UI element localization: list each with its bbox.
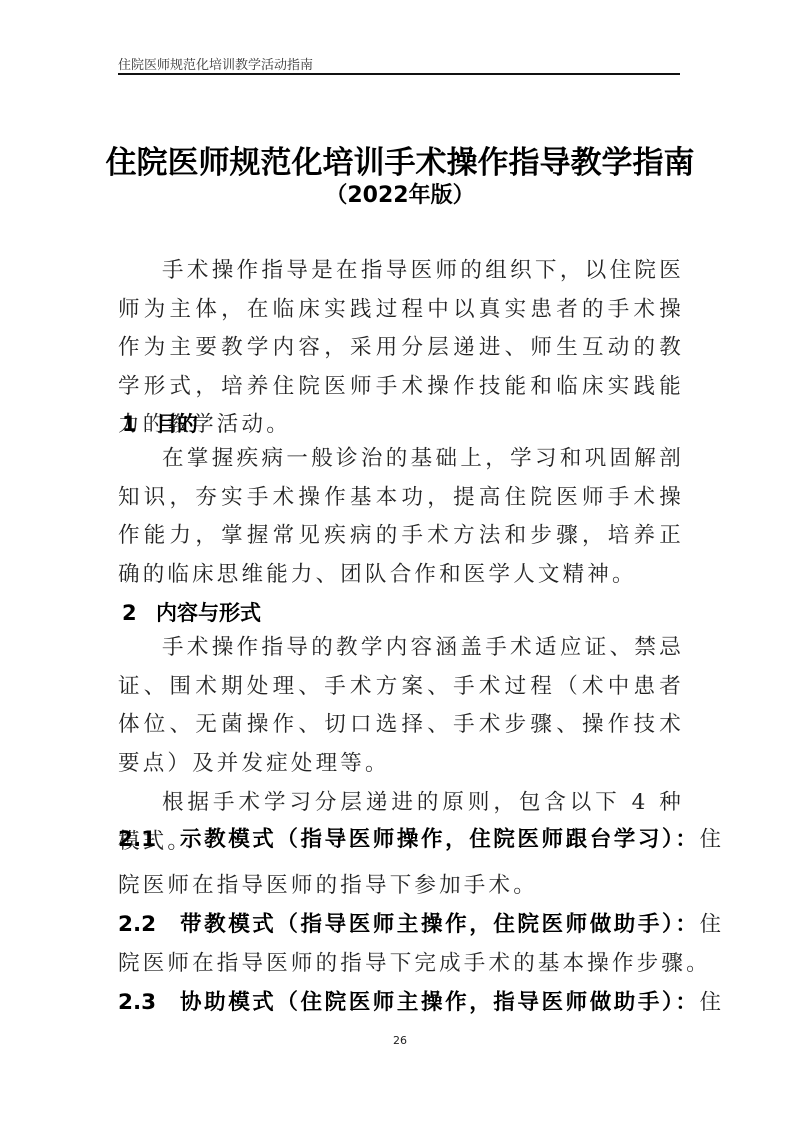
document-title: 住院医师规范化培训手术操作指导教学指南 [0,137,800,182]
subsection-title: 带教模式（指导医师主操作，住院医师做助手）： [180,912,699,937]
section-title: 目的 [156,412,198,436]
subsection-title: 协助模式（住院医师主操作，指导医师做助手）： [180,990,699,1015]
subsection-2-3-heading: 2.3协助模式（住院医师主操作，指导医师做助手）：住 [118,985,684,1016]
subsection-2-1-heading: 2.1示教模式（指导医师操作，住院医师跟台学习）：住 [118,822,684,853]
subsection-lead: 住 [699,990,723,1015]
section-number: 2 [122,601,156,625]
section-1-paragraph: 在掌握疾病一般诊治的基础上，学习和巩固解剖知识，夯实手术操作基本功，提高住院医师… [118,440,684,594]
subsection-number: 2.2 [118,912,180,937]
section-heading-1: 1目的 [122,408,198,438]
page-number: 26 [0,1034,800,1047]
section-heading-2: 2内容与形式 [122,597,261,627]
subsection-title: 示教模式（指导医师操作，住院医师跟台学习）： [180,827,699,852]
subsection-2-2-text: 院医师在指导医师的指导下完成手术的基本操作步骤。 [118,946,711,977]
subsection-2-1-text: 院医师在指导医师的指导下参加手术。 [118,868,538,899]
section-2-paragraph: 手术操作指导的教学内容涵盖手术适应证、禁忌证、围术期处理、手术方案、手术过程（术… [118,629,684,783]
section-number: 1 [122,412,156,436]
subsection-number: 2.3 [118,990,180,1015]
running-header: 住院医师规范化培训教学活动指南 [118,54,313,73]
header-rule [118,73,680,75]
subsection-lead: 住 [699,912,723,937]
subsection-lead: 住 [699,827,723,852]
subsection-2-2-heading: 2.2带教模式（指导医师主操作，住院医师做助手）：住 [118,907,684,938]
section-title: 内容与形式 [156,601,261,625]
subsection-number: 2.1 [118,827,180,852]
intro-paragraph: 手术操作指导是在指导医师的组织下，以住院医师为主体，在临床实践过程中以真实患者的… [118,252,684,445]
document-subtitle: （2022年版） [0,178,800,209]
